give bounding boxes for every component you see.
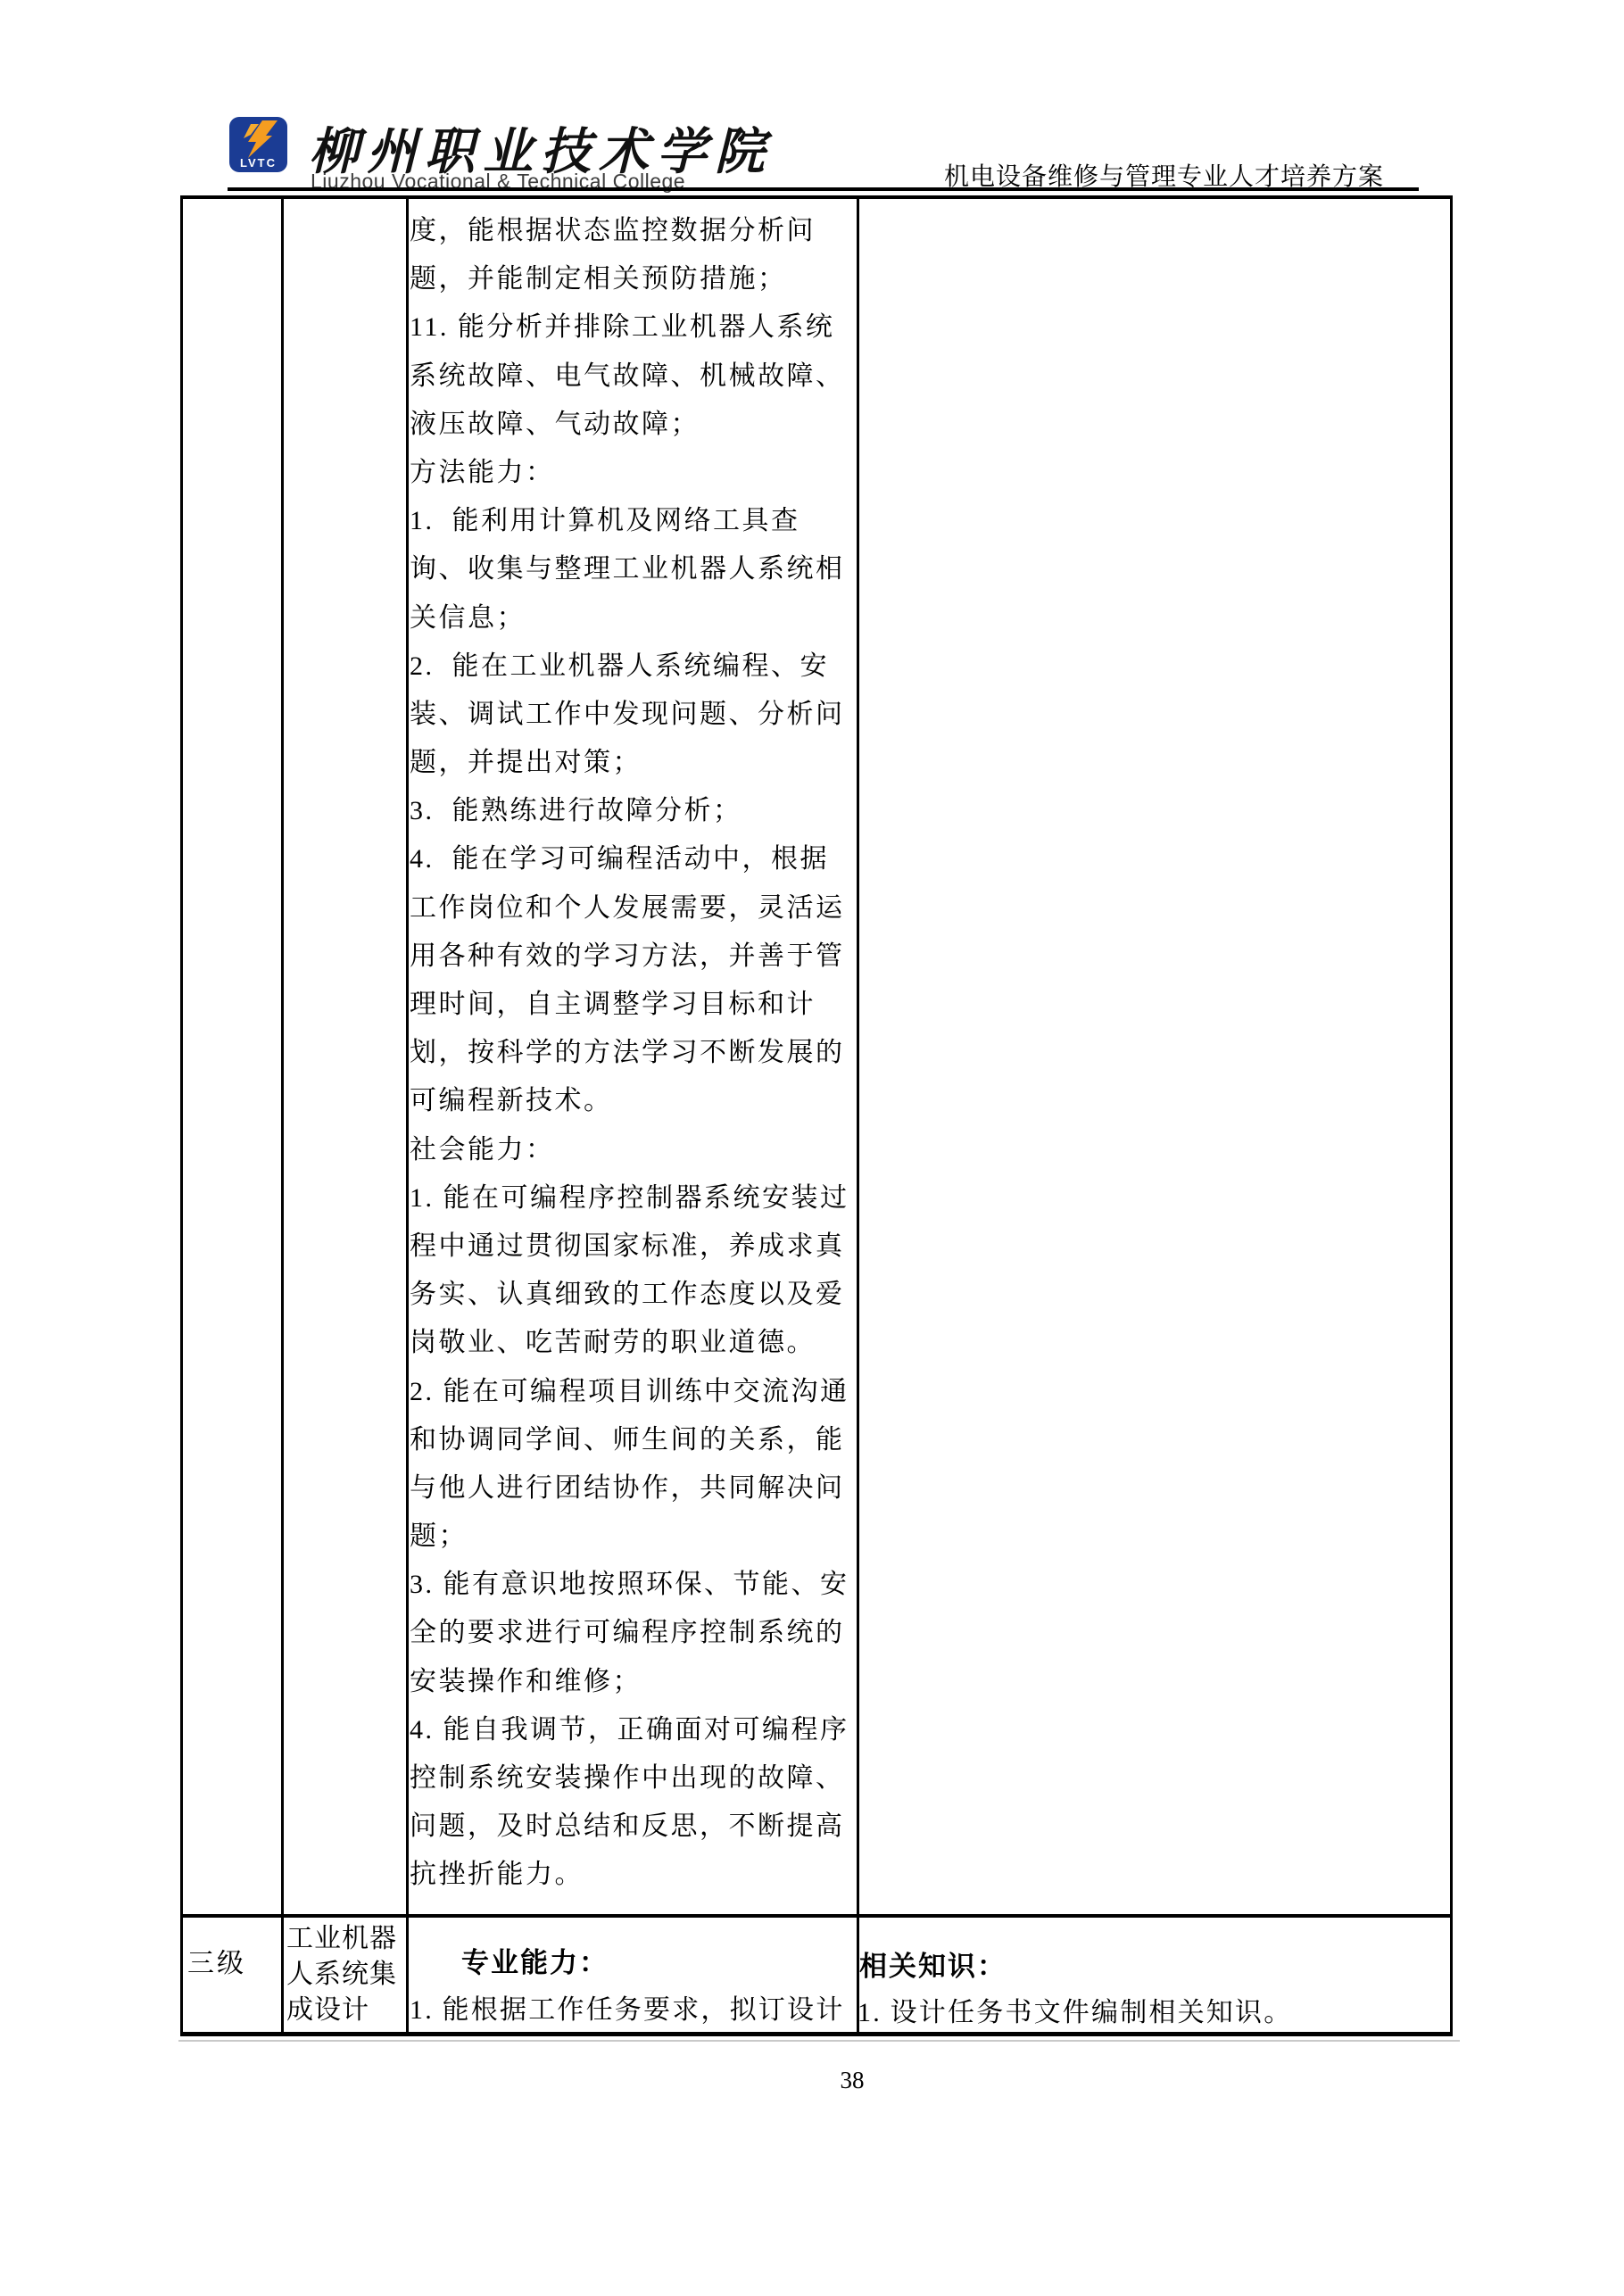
document-page: LVTC 柳州职业技术学院 Liuzhou Vocational & Techn… bbox=[0, 0, 1624, 2296]
ability-line: 询、收集与整理工业机器人系统相 bbox=[410, 545, 856, 593]
table-shadow-line bbox=[178, 2040, 1460, 2042]
ability-header: 专业能力： bbox=[461, 1940, 609, 1980]
table-border-top bbox=[180, 195, 1453, 199]
ability-line: 划，按科学的方法学习不断发展的 bbox=[410, 1029, 856, 1077]
logo-abbr: LVTC bbox=[240, 156, 277, 170]
level-cell: 三级 bbox=[187, 1941, 246, 1980]
ability-line: 可编程新技术。 bbox=[410, 1077, 856, 1125]
ability-line: 题，并能制定相关预防措施； bbox=[410, 255, 856, 303]
training-table: 度，能根据状态监控数据分析问题，并能制定相关预防措施；11. 能分析并排除工业机… bbox=[180, 195, 1453, 2036]
ability-line: 关信息； bbox=[410, 594, 856, 642]
ability-line: 控制系统安装操作中出现的故障、 bbox=[410, 1754, 856, 1803]
ability-line: 理时间，自主调整学习目标和计 bbox=[410, 981, 856, 1029]
row-divider bbox=[180, 1914, 1453, 1918]
ability-line: 4. 能在学习可编程活动中，根据 bbox=[410, 835, 856, 883]
ability-line: 度，能根据状态监控数据分析问 bbox=[410, 207, 856, 255]
ability-line: 液压故障、气动故障； bbox=[410, 401, 856, 449]
ability-line: 题，并提出对策； bbox=[410, 739, 856, 787]
ability-line: 系统故障、电气故障、机械故障、 bbox=[410, 352, 856, 401]
header-rule bbox=[228, 187, 1419, 191]
college-logo: LVTC bbox=[229, 117, 287, 172]
college-logo-graphic: LVTC bbox=[229, 117, 287, 172]
table-border-right bbox=[1450, 195, 1453, 2036]
column-divider-2 bbox=[406, 195, 409, 2036]
table-border-left bbox=[180, 195, 183, 2036]
ability-line: 和协调同学间、师生间的关系，能 bbox=[410, 1416, 856, 1464]
ability-line: 1. 能在可编程序控制器系统安装过 bbox=[410, 1174, 856, 1223]
ability-line: 问题，及时总结和反思，不断提高 bbox=[410, 1803, 856, 1851]
ability-line: 装、调试工作中发现问题、分析问 bbox=[410, 691, 856, 739]
continued-ability-cell: 度，能根据状态监控数据分析问题，并能制定相关预防措施；11. 能分析并排除工业机… bbox=[410, 207, 856, 1900]
ability-line: 题； bbox=[410, 1513, 856, 1561]
ability-line: 4. 能自我调节，正确面对可编程序 bbox=[410, 1706, 856, 1754]
ability-line: 3. 能有意识地按照环保、节能、安 bbox=[410, 1561, 856, 1609]
ability-line: 与他人进行团结协作，共同解决问 bbox=[410, 1464, 856, 1513]
ability-line: 社会能力： bbox=[410, 1126, 856, 1174]
ability-line: 2. 能在可编程项目训练中交流沟通 bbox=[410, 1368, 856, 1416]
ability-line: 方法能力： bbox=[410, 449, 856, 497]
ability-line: 岗敬业、吃苦耐劳的职业道德。 bbox=[410, 1319, 856, 1367]
ability-line: 1. 能利用计算机及网络工具查 bbox=[410, 497, 856, 545]
page-number: 38 bbox=[785, 2067, 919, 2094]
ability-line: 全的要求进行可编程序控制系统的 bbox=[410, 1609, 856, 1657]
knowledge-item: 1. 设计任务书文件编制相关知识。 bbox=[858, 1990, 1292, 2029]
ability-item: 1. 能根据工作任务要求，拟订设计 bbox=[410, 1987, 844, 2027]
ability-line: 务实、认真细致的工作态度以及爱 bbox=[410, 1271, 856, 1319]
knowledge-header: 相关知识： bbox=[859, 1944, 1007, 1984]
ability-line: 2. 能在工业机器人系统编程、安 bbox=[410, 642, 856, 691]
work-domain-cell: 工业机器人系统集成设计 bbox=[286, 1921, 406, 2028]
ability-line: 抗挫折能力。 bbox=[410, 1851, 856, 1899]
column-divider-3 bbox=[857, 195, 859, 2036]
ability-line: 3. 能熟练进行故障分析； bbox=[410, 787, 856, 835]
ability-line: 工作岗位和个人发展需要，灵活运 bbox=[410, 884, 856, 932]
ability-line: 安装操作和维修； bbox=[410, 1658, 856, 1706]
ability-line: 用各种有效的学习方法，并善于管 bbox=[410, 932, 856, 981]
ability-line: 11. 能分析并排除工业机器人系统 bbox=[410, 303, 856, 352]
table-border-bottom bbox=[180, 2032, 1453, 2036]
ability-line: 程中通过贯彻国家标准，养成求真 bbox=[410, 1223, 856, 1271]
column-divider-1 bbox=[281, 195, 284, 2036]
